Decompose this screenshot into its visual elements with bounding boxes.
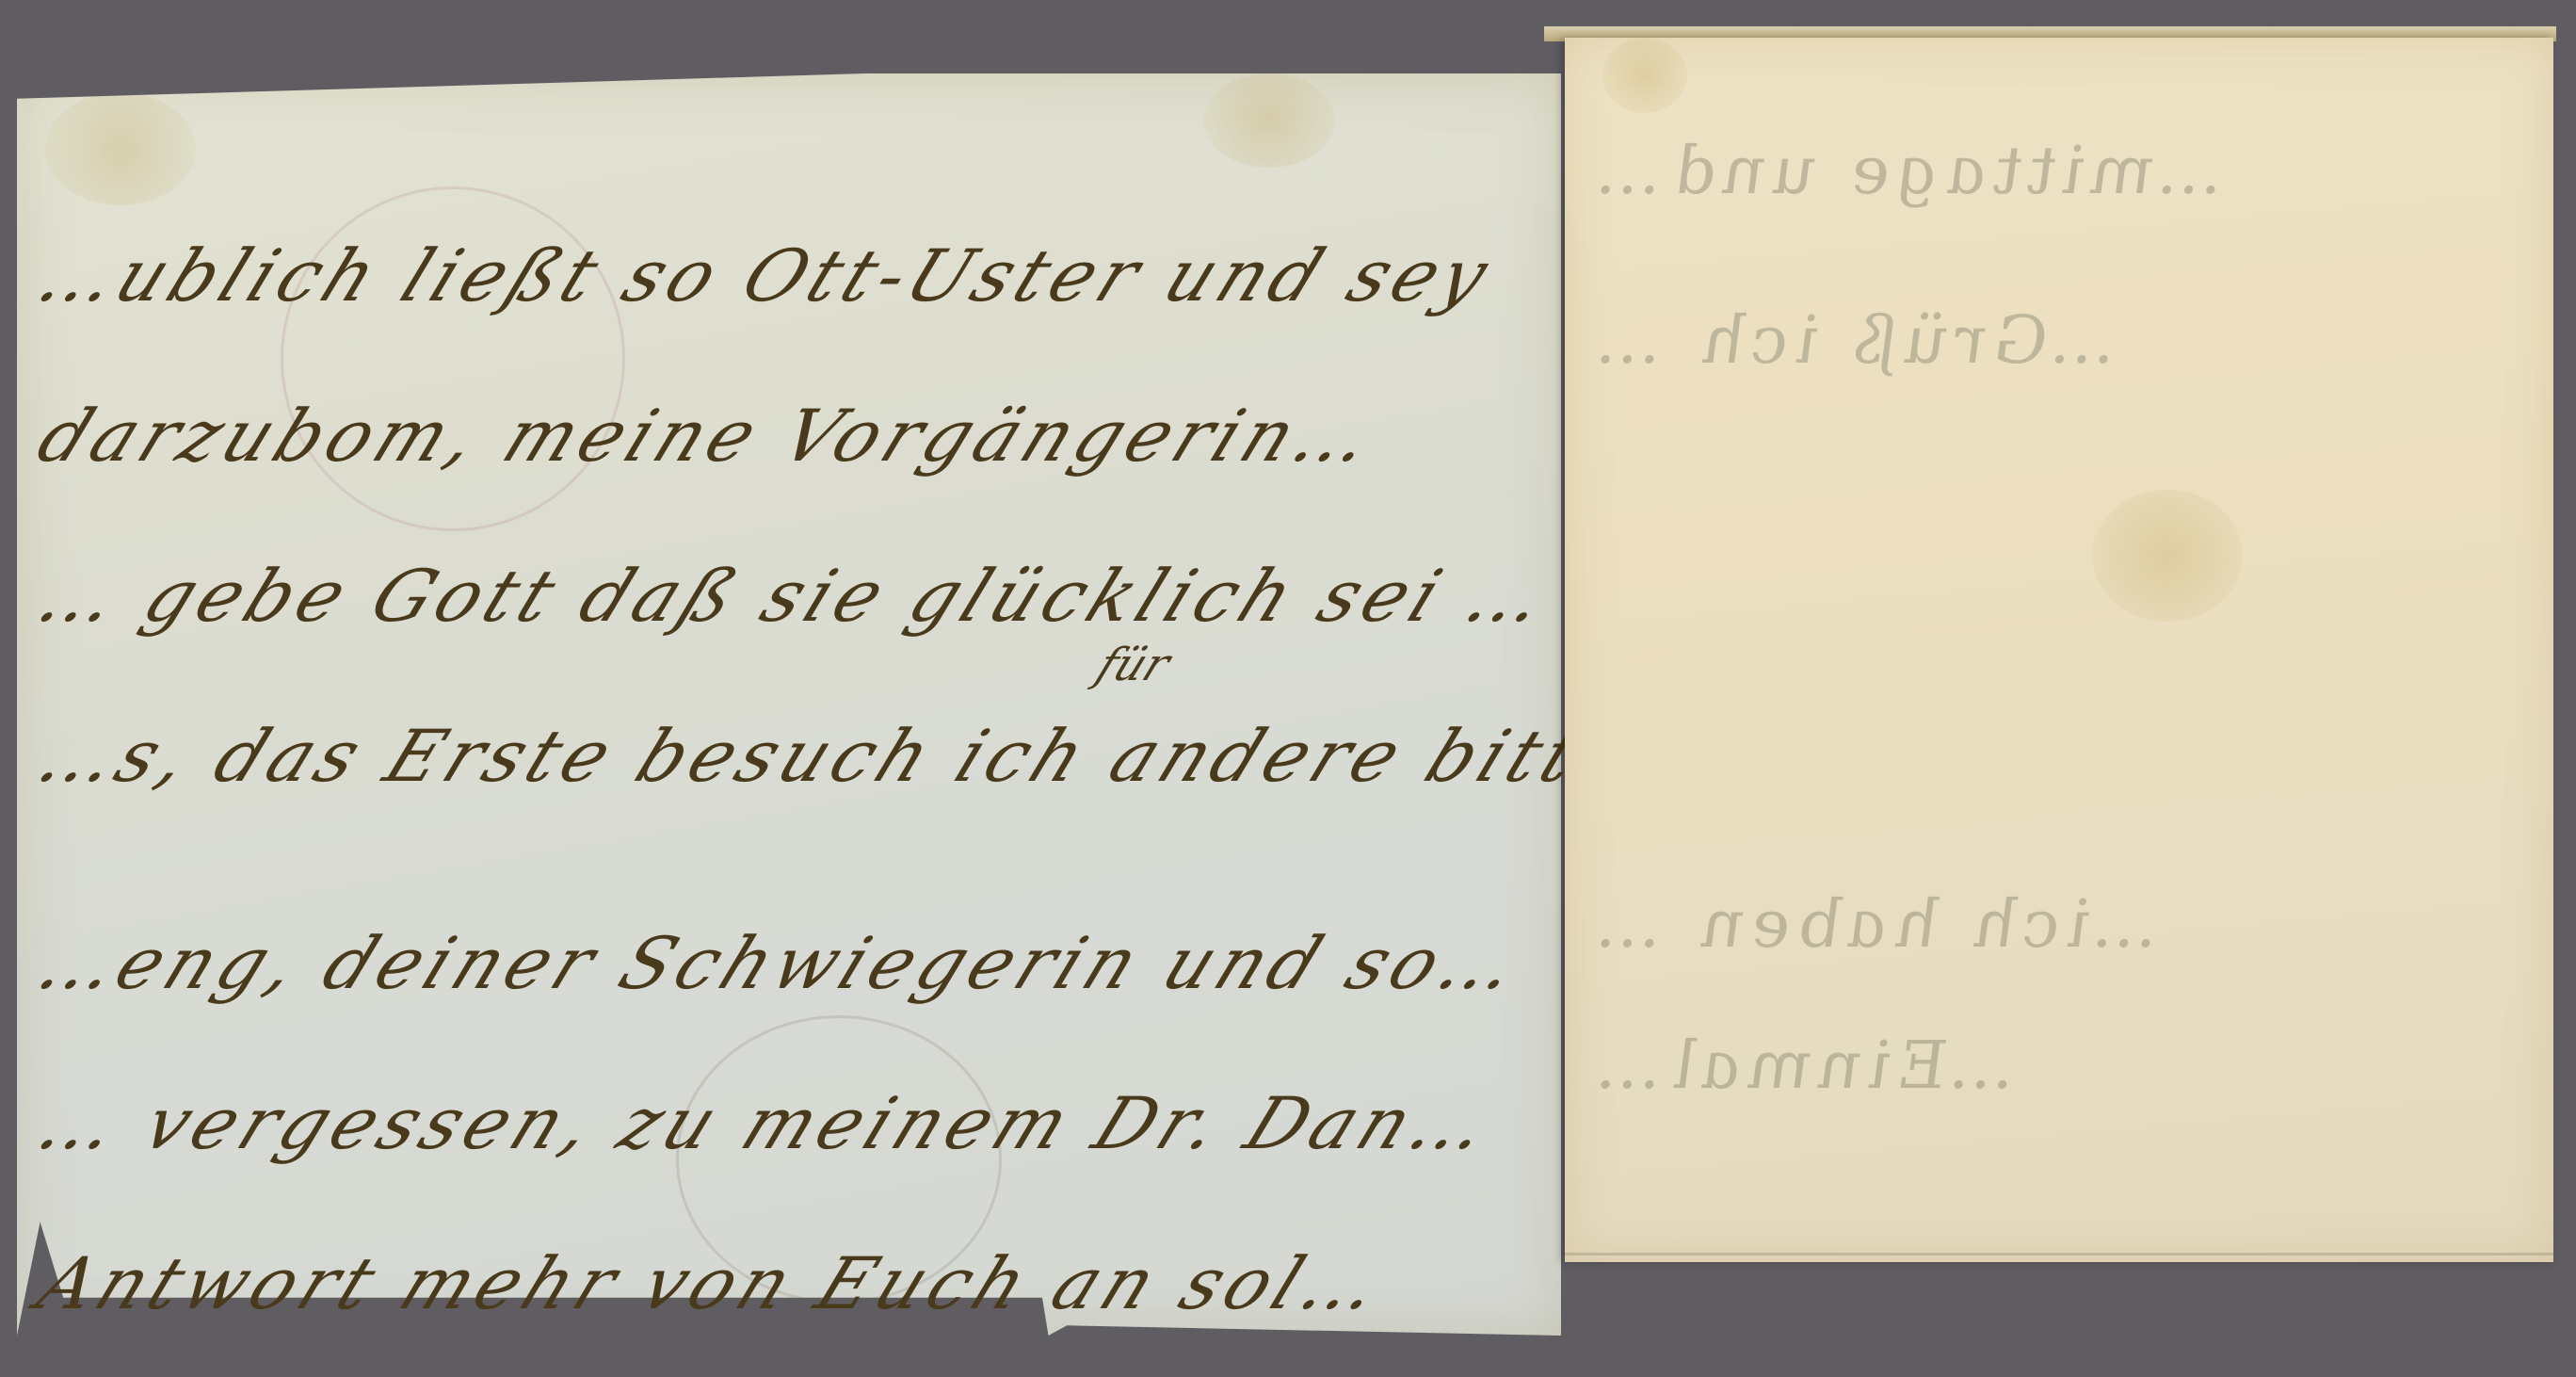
bleed-through-line-4: …Einmal… <box>1581 1027 2033 1104</box>
bleed-through-line-1: …mittage und… <box>1581 132 2241 209</box>
handwritten-superscript: für <box>1089 639 1178 691</box>
handwritten-line-5: …eng, deiner Schwiegerin und so… <box>26 921 1537 1005</box>
right-page-bleed-through: …mittage und… …Grüß ich … …ich haben … …… <box>1565 38 2553 1262</box>
bleed-through-line-2: …Grüß ich … <box>1581 301 2133 379</box>
paper-fold-line <box>1565 1253 2553 1255</box>
handwritten-line-4: …s, das Erste besuch ich andere bitte <box>26 714 1565 798</box>
handwritten-line-2: darzubom, meine Vorgängerin… <box>26 394 1392 478</box>
handwritten-line-3: … gebe Gott daß sie glücklich sei … <box>26 554 1565 638</box>
handwritten-line-7: Antwort mehr von Euch an sol… <box>26 1241 1399 1325</box>
bleed-through-line-3: …ich haben … <box>1581 885 2176 963</box>
handwritten-line-1: …ublich ließt so Ott-Uster und sey <box>26 234 1506 317</box>
left-page-handwriting: …ublich ließt so Ott-Uster und sey darzu… <box>17 73 1565 1336</box>
handwritten-line-6: … vergessen, zu meinem Dr. Dan… <box>26 1081 1507 1165</box>
